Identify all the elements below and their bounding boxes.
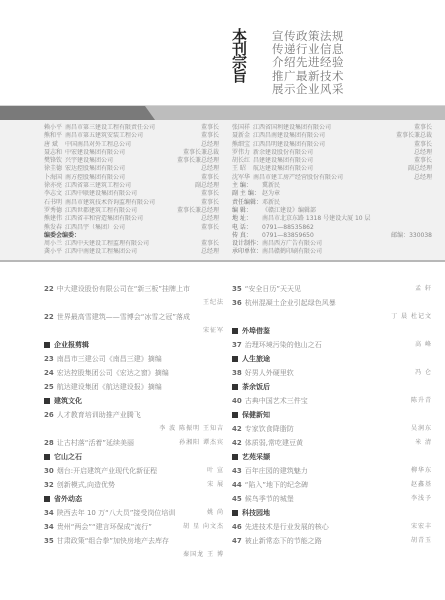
toc-entry[interactable]: 46先进技术是行业发展的核心宋宏丰 [232,520,432,534]
page-number: 28 [44,436,54,450]
page-number: 35 [44,534,54,548]
section-title: 外埠借鉴 [242,324,270,338]
toc-entry[interactable]: 47被止新常态下的节能之路胡青玉 [232,534,432,548]
page-number: 44 [232,478,242,492]
motto-title-char: 旨 [232,70,258,83]
page-number: 46 [232,520,242,534]
page-number: 45 [232,492,242,506]
board-member-row: 熊建伟江西省丰和营造集团有限公司总经理 [44,215,219,223]
editorial-board-left: 赖小平南昌市第三建设工程有限责任公司董事长熊和平南昌市第五建筑安装工程公司董事长… [44,124,219,257]
board-member-row: 聂志和中宏建设集团有限公司董事长兼总裁 [44,149,219,157]
credit-row: 地 址：南昌市北京东路 1318 号建设大厦 10 层 [232,215,432,223]
square-bullet-icon [232,510,238,516]
member-company: 南昌市第五建筑安装工程公司 [65,132,185,140]
toc-entry[interactable]: 26人才教育培训助推产业腾飞 [44,408,224,422]
member-company: 南昌市建工房产经营股份有限公司 [253,174,398,182]
page-number: 26 [44,408,54,422]
member-name: 聂新金 [232,132,253,140]
member-name: 熊和平 [44,132,65,140]
article-title[interactable]: 贵州“两会”“建言环保成”流行” [57,520,177,534]
credit-row: 传 真：0791—83859650邮编：330038 [232,232,432,240]
square-bullet-icon [232,454,238,460]
article-title[interactable]: 专家饮食降脂防 [245,422,405,436]
toc-author: 李 波 陈振明 王知吉 [44,422,224,436]
article-title[interactable]: 治理环境污染的他山之石 [245,338,409,352]
square-bullet-icon [232,356,238,362]
square-bullet-icon [44,398,50,404]
page-number: 23 [44,352,54,366]
article-title[interactable]: 让古村落“活着”延续美丽 [57,436,173,450]
member-title: 总经理 [185,248,219,256]
article-title[interactable]: 候鸟季节的城堡 [245,492,405,506]
member-title: 总经理 [398,149,432,157]
square-bullet-icon [44,342,50,348]
member-company: 南昌市建筑技术咨询监理有限公司 [65,199,185,207]
board-member-row: 卜海国南方控股集团有限公司董事长 [44,174,219,182]
toc-author: 宋征军 [44,324,224,338]
credit-label: 副 主 编： [232,190,262,198]
member-company: 南昌市第三建设工程有限责任公司 [65,124,185,132]
article-author: 宋宏丰 [411,520,432,534]
toc-section-heading: 外埠借鉴 [232,324,432,338]
article-title[interactable]: 古典中国艺术三件宝 [245,394,405,408]
member-company: 江西中天建设工程监理有限公司 [65,240,185,248]
member-name: 沈军华 [232,174,253,182]
credit-label: 责任编辑： [232,199,262,207]
member-title: 董事长 [185,174,219,182]
section-title: 保健新知 [242,408,270,422]
member-name: 熊细宝 [232,141,253,149]
section-title: 建筑文化 [54,394,82,408]
board-member-row: 徐亦亮江西省第三建筑工程公司副总经理 [44,182,219,190]
toc-section-heading: 保健新知 [232,408,432,422]
member-name: 李志文 [44,190,65,198]
article-title[interactable]: 宏达控股集团公司《宏达之窗》摘编 [57,366,224,380]
member-name: 石书明 [44,199,65,207]
member-name: 王 昭 [232,165,253,173]
page-number: 22 [44,310,54,324]
article-author: 陈升青 [411,394,432,408]
header-band-accent [0,106,155,120]
member-company: 江西昌宇（集团）公司 [65,224,185,232]
page-number: 43 [232,464,242,478]
page-number: 37 [232,338,242,352]
square-bullet-icon [232,384,238,390]
square-bullet-icon [44,496,50,502]
member-name: 卜海国 [44,174,65,182]
board-member-row: 胡长红昌建建设集团有限公司董事长 [232,157,432,165]
toc-entry[interactable]: 42专家饮食降脂防吴润东 [232,422,432,436]
credit-value: 0791—83859650 [262,232,383,240]
toc-entry[interactable]: 35“安全日历”天天见孟 轩 [232,282,432,296]
member-name: 熊建伟 [44,215,65,223]
board-member-row: 赖小平南昌市第三建设工程有限责任公司董事长 [44,124,219,132]
board-member-row: 罗秀德江西世都建筑工程有限公司董事长兼总经理 [44,207,219,215]
member-company: 兴宇建设集团公司 [65,157,177,165]
motto-line: 展示企业风采 [272,83,344,96]
toc-entry[interactable]: 22世界最高雪建筑——雪博会“冰雪之冠”落成 [44,310,224,324]
article-author: 孟 轩 [415,282,432,296]
section-title: 人生旅途 [242,352,270,366]
section-title: 茶余饭后 [242,380,270,394]
member-company: 航达建设集团有限公司 [253,165,398,173]
board-member-row: 石书明南昌市建筑技术咨询监理有限公司董事长 [44,199,219,207]
article-author: 米 清 [415,436,432,450]
article-author: 叶 宣 [207,464,224,478]
member-title: 董事长 [398,141,432,149]
member-company: 新余建设股份有限公司 [253,149,398,157]
article-title[interactable]: 陕西去年 10 万“八大员”接受岗位培训 [57,506,201,520]
member-company: 江西中联建设集团有限公司 [65,190,185,198]
toc-entry[interactable]: 32创新模式,向造优势宋 展 [44,478,224,492]
motto-line: 推广最新技术 [272,70,344,83]
credit-value: 邓新民 [262,199,432,207]
article-author: 赵鑫基 [411,478,432,492]
toc-entry[interactable]: 24宏达控股集团公司《宏达之窗》摘编 [44,366,224,380]
toc-entry[interactable]: 34陕西去年 10 万“八大员”接受岗位培训姚 尚 [44,506,224,520]
board-member-row: 熊细宝江西昌明建设集团有限公司董事长 [232,141,432,149]
page-number: 34 [44,506,54,520]
council-member-row: 周小兰江西中天建设工程监理有限公司董事长 [44,240,219,248]
article-title[interactable]: 航达建设集团《航达建设报》摘编 [57,380,224,394]
page-number: 42 [232,436,242,450]
toc-entry[interactable]: 35甘肃政策“组合拳”加快房地产去库存 [44,534,224,548]
section-title: 企业报剪辑 [54,338,89,352]
article-title[interactable]: 烟台:开启建筑产业现代化新征程 [57,464,201,478]
page-number: 30 [44,464,54,478]
member-title: 总经理 [185,165,219,173]
council-heading: 编委会编委： [44,232,219,240]
page-number: 25 [44,380,54,394]
toc-entry[interactable]: 23南昌市三建公司《南昌三建》摘编 [44,352,224,366]
member-company: 江西省丰和营造集团有限公司 [65,215,185,223]
toc-entry[interactable]: 38好男人外硬里软冯 仑 [232,366,432,380]
toc-section-heading: 茶余饭后 [232,380,432,394]
toc-entry[interactable]: 28让古村落“活着”延续美丽孙湘阳 谭杰宾 [44,436,224,450]
article-author: 姚 尚 [207,506,224,520]
credit-value: 南昌市北京东路 1318 号建设大厦 10 层 [262,215,432,223]
toc-section-heading: 科技园地 [232,506,432,520]
credit-value: 南昌赣鹤印刷有限公司 [262,248,432,256]
toc-author: 王纪法 [44,296,224,310]
page-number: 22 [44,282,54,296]
member-title: 总经理 [185,141,219,149]
toc-entry[interactable]: 30烟台:开启建筑产业现代化新征程叶 宣 [44,464,224,478]
toc-section-heading: 它山之石 [44,450,224,464]
page-number: 42 [232,422,242,436]
member-title: 副总经理 [398,165,432,173]
member-name: 罗伟力 [232,149,253,157]
member-company: 中国南昌对外工程总公司 [65,141,185,149]
board-member-row: 熊发春江西昌宇（集团）公司董事长 [44,224,219,232]
toc-section-heading: 建筑文化 [44,394,224,408]
member-title: 董事长 [185,190,219,198]
member-company: 中宏建设集团有限公司 [65,149,183,157]
page-number: 40 [232,394,242,408]
credit-row: 副 主 编：赵为章 [232,190,432,198]
article-title[interactable]: 体质弱,常吃建豆黄 [245,436,409,450]
member-title: 总经理 [185,215,219,223]
table-of-contents-right: 35“安全日历”天天见孟 轩36杭州混凝土企业引起绿色风暴丁 晨 杜记文外埠借鉴… [232,282,432,548]
board-member-row: 沈军华南昌市建工房产经营股份有限公司总经理 [232,174,432,182]
board-member-row: 王 昭航达建设集团有限公司副总经理 [232,165,432,173]
member-title: 董事长 [185,132,219,140]
page-number: 47 [232,534,242,548]
toc-entry[interactable]: 45候鸟季节的城堡李浅予 [232,492,432,506]
board-member-row: 樊锋钦兴宇建设集团公司董事长兼总经理 [44,157,219,165]
member-name: 聂志和 [44,149,65,157]
section-title: 艺苑采撷 [242,450,270,464]
toc-section-heading: 企业报剪辑 [44,338,224,352]
member-title: 董事长兼总裁 [183,149,219,157]
page-number: 24 [44,366,54,380]
credit-label: 电 话： [232,224,262,232]
member-company: 宏达控股集团有限公司 [65,165,185,173]
board-member-row: 罗伟力新余建设股份有限公司总经理 [232,149,432,157]
council-member-row: 龚小平江西中南建设工程集团公司总经理 [44,248,219,256]
member-name: 徐圭德 [44,165,65,173]
board-member-row: 聂新金江西昌南建设集团有限公司董事长兼总裁 [232,132,432,140]
member-name: 唐 斌 [44,141,65,149]
toc-entry[interactable]: 37治理环境污染的他山之石高 峰 [232,338,432,352]
article-title[interactable]: 先进技术是行业发展的核心 [245,520,405,534]
board-member-row: 熊和平南昌市第五建筑安装工程公司董事长 [44,132,219,140]
toc-author: 秦国龙 王 博 [44,548,224,562]
article-title[interactable]: 人才教育培训助推产业腾飞 [57,408,224,422]
board-member-row: 徐圭德宏达控股集团有限公司总经理 [44,165,219,173]
toc-entry[interactable]: 34贵州“两会”“建言环保成”流行”胡 星 向文杰 [44,520,224,534]
table-of-contents-left: 22中大建设股份有限公司在“新三板”挂牌上市王纪法22世界最高雪建筑——雪博会“… [44,282,224,562]
member-company: 江西省第三建筑工程公司 [65,182,185,190]
member-company: 江西昌南建设集团有限公司 [253,132,396,140]
article-author: 冯 仑 [415,366,432,380]
toc-section-heading: 省外动态 [44,492,224,506]
toc-entry[interactable]: 25航达建设集团《航达建设报》摘编 [44,380,224,394]
journal-motto: 本 刊 宗 旨 宣传政策法规 传递行业信息 介绍先进经验 推广最新技术 展示企业… [232,30,344,96]
page-number: 34 [44,520,54,534]
credit-row: 电 话：0791—88535862 [232,224,432,232]
page-number: 38 [232,366,242,380]
member-name: 熊发春 [44,224,65,232]
article-author: 柳华东 [411,464,432,478]
board-member-row: 唐 斌中国南昌对外工程总公司总经理 [44,141,219,149]
member-title: 董事长 [185,224,219,232]
article-title[interactable]: 好男人外硬里软 [245,366,409,380]
section-title: 它山之石 [54,450,82,464]
motto-title: 本 刊 宗 旨 [232,30,258,96]
article-title[interactable]: 创新模式,向造优势 [57,478,201,492]
toc-entry[interactable]: 36杭州混凝土企业引起绿色风暴 [232,296,432,310]
member-company: 江西世都建筑工程有限公司 [65,207,177,215]
member-company: 江西省国利建设集团有限公司 [253,124,398,132]
toc-entry[interactable]: 42体质弱,常吃建豆黄米 清 [232,436,432,450]
divider-line [0,260,445,262]
toc-author: 丁 晨 杜记文 [232,310,432,324]
article-title[interactable]: 杭州混凝土企业引起绿色风暴 [245,296,432,310]
article-title[interactable]: 甘肃政策“组合拳”加快房地产去库存 [57,534,224,548]
motto-lines: 宣传政策法规 传递行业信息 介绍先进经验 推广最新技术 展示企业风采 [272,30,344,96]
square-bullet-icon [232,412,238,418]
board-member-row: 李志文江西中联建设集团有限公司董事长 [44,190,219,198]
article-author: 孙湘阳 谭杰宾 [179,436,224,450]
article-author: 胡 星 向文杰 [183,520,224,534]
member-company: 昌建建设集团有限公司 [253,157,398,165]
article-title[interactable]: 南昌市三建公司《南昌三建》摘编 [57,352,224,366]
member-title: 董事长 [185,199,219,207]
credit-row: 责任编辑：邓新民 [232,199,432,207]
article-title[interactable]: “安全日历”天天见 [245,282,409,296]
section-title: 科技园地 [242,506,270,520]
masthead-info: 赖小平南昌市第三建设工程有限责任公司董事长熊和平南昌市第五建筑安装工程公司董事长… [0,120,445,260]
article-author: 胡青玉 [411,534,432,548]
member-title: 董事长兼总裁 [396,132,432,140]
toc-entry[interactable]: 40古典中国艺术三件宝陈升青 [232,394,432,408]
credit-extra: 邮编：330038 [391,232,432,240]
member-company: 南方控股集团有限公司 [65,174,185,182]
page-number: 36 [232,296,242,310]
member-company: 江西昌明建设集团有限公司 [253,141,398,149]
credit-label: 承印单位： [232,248,262,256]
article-author: 吴润东 [411,422,432,436]
member-name: 龚小平 [44,248,65,256]
article-title[interactable]: 被止新常态下的节能之路 [245,534,405,548]
credit-value: 赵为章 [262,190,432,198]
credit-value: 0791—88535862 [262,224,432,232]
toc-section-heading: 人生旅途 [232,352,432,366]
member-title: 总经理 [398,174,432,182]
article-author: 高 峰 [415,338,432,352]
editorial-board-right: 张国祥江西省国利建设集团有限公司董事长聂新金江西昌南建设集团有限公司董事长兼总裁… [232,124,432,257]
square-bullet-icon [44,454,50,460]
toc-entry[interactable]: 43百年庄园的建筑魅力柳华东 [232,464,432,478]
article-title[interactable]: “陷入”地下的纪念碑 [245,478,405,492]
article-title[interactable]: 世界最高雪建筑——雪博会“冰雪之冠”落成 [57,310,224,324]
article-author: 宋 展 [207,478,224,492]
article-title[interactable]: 百年庄园的建筑魅力 [245,464,405,478]
credit-value: 冀新民 [262,182,432,190]
section-title: 省外动态 [54,492,82,506]
toc-section-heading: 艺苑采撷 [232,450,432,464]
square-bullet-icon [232,328,238,334]
motto-line: 介绍先进经验 [272,56,344,69]
credit-label: 地 址： [232,215,262,223]
page-number: 32 [44,478,54,492]
member-company: 江西中南建设工程集团公司 [65,248,185,256]
article-author: 李浅予 [411,492,432,506]
toc-entry[interactable]: 44“陷入”地下的纪念碑赵鑫基 [232,478,432,492]
page-number: 35 [232,282,242,296]
credit-label: 传 真： [232,232,262,240]
credit-row: 承印单位：南昌赣鹤印刷有限公司 [232,248,432,256]
article-title[interactable]: 中大建设股份有限公司在“新三板”挂牌上市 [57,282,224,296]
toc-entry[interactable]: 22中大建设股份有限公司在“新三板”挂牌上市 [44,282,224,296]
